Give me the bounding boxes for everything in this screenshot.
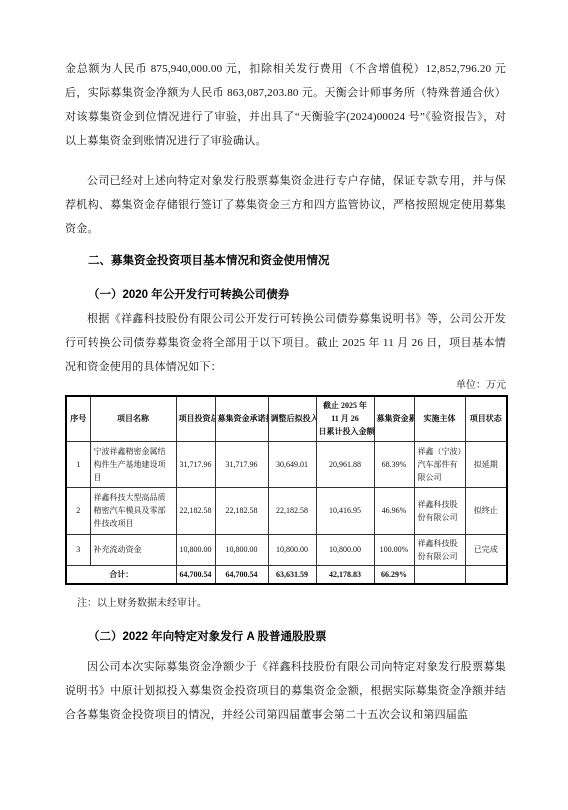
table-header-row: 序号 项目名称 项目投资总额 募集资金承诺投入金额 调整后拟投入募集资金 截止 …	[66, 396, 507, 441]
fund-usage-table: 序号 项目名称 项目投资总额 募集资金承诺投入金额 调整后拟投入募集资金 截止 …	[65, 395, 508, 585]
total-progress: 66.29%	[374, 565, 414, 584]
total-cumulative: 42,178.83	[316, 565, 374, 584]
cell-project-name: 补充流动资金	[90, 534, 176, 565]
total-implementer-empty	[414, 565, 465, 584]
table-total-row: 合计： 64,700.54 64,700.54 63,631.59 42,178…	[66, 565, 507, 584]
cell-promised-amount: 22,182.58	[215, 487, 268, 534]
total-status-empty	[465, 565, 507, 584]
total-adjusted: 63,631.59	[268, 565, 316, 584]
header-seq: 序号	[66, 396, 90, 441]
header-adjusted-amount: 调整后拟投入募集资金	[268, 396, 316, 441]
cell-status: 已完成	[465, 534, 507, 565]
header-promised-amount: 募集资金承诺投入金额	[215, 396, 268, 441]
cell-implementer: 祥鑫科技股份有限公司	[414, 487, 465, 534]
convertible-bond-paragraph: 根据《祥鑫科技股份有限公司公开发行可转换公司债券募集说明书》等，公司公开发行可转…	[65, 307, 506, 379]
header-implementer: 实施主体	[414, 396, 465, 441]
cell-project-name: 祥鑫科技大型高品质精密汽车模具及零部件技改项目	[90, 487, 176, 534]
cell-seq: 3	[66, 534, 90, 565]
cell-promised-amount: 10,800.00	[215, 534, 268, 565]
subsection-heading-1: （一）2020 年公开发行可转换公司债券	[65, 283, 506, 307]
continuation-paragraph: 金总额为人民币 875,940,000.00 元，扣除相关发行费用（不含增值税）…	[65, 57, 506, 153]
header-project-name: 项目名称	[90, 396, 176, 441]
cell-promised-amount: 31,717.96	[215, 441, 268, 487]
document-page: 金总额为人民币 875,940,000.00 元，扣除相关发行费用（不含增值税）…	[0, 0, 568, 810]
cell-implementer: 祥鑫科技股份有限公司	[414, 534, 465, 565]
section-heading-2: 二、募集资金投资项目基本情况和资金使用情况	[65, 249, 506, 273]
cell-status: 拟延期	[465, 441, 507, 487]
total-label: 合计：	[66, 565, 176, 584]
cell-implementer: 祥鑫（宁波）汽车部件有限公司	[414, 441, 465, 487]
total-investment: 64,700.54	[176, 565, 215, 584]
header-total-investment: 项目投资总额	[176, 396, 215, 441]
closing-paragraph: 因公司本次实际募集资金净额少于《祥鑫科技股份有限公司向特定对象发行股票募集说明书…	[65, 655, 506, 727]
table-row: 3 补充流动资金 10,800.00 10,800.00 10,800.00 1…	[66, 534, 507, 565]
cell-adjusted-amount: 22,182.58	[268, 487, 316, 534]
header-cumulative-amount: 截止 2025 年 11 月 26 日累计投入金额	[316, 396, 374, 441]
header-progress: 募集资金累计投入进度	[374, 396, 414, 441]
cell-cumulative-amount: 10,800.00	[316, 534, 374, 565]
cell-progress: 68.39%	[374, 441, 414, 487]
cell-cumulative-amount: 10,416.95	[316, 487, 374, 534]
audit-note: 注：以上财务数据未经审计。	[65, 597, 506, 611]
total-promised: 64,700.54	[215, 565, 268, 584]
cell-adjusted-amount: 10,800.00	[268, 534, 316, 565]
cell-total-investment: 31,717.96	[176, 441, 215, 487]
cell-progress: 100.00%	[374, 534, 414, 565]
cell-seq: 1	[66, 441, 90, 487]
unit-label: 单位：万元	[65, 379, 506, 393]
cell-status: 拟终止	[465, 487, 507, 534]
cell-progress: 46.96%	[374, 487, 414, 534]
table-row: 2 祥鑫科技大型高品质精密汽车模具及零部件技改项目 22,182.58 22,1…	[66, 487, 507, 534]
table-row: 1 宁波祥鑫精密金属结构件生产基地建设项目 31,717.96 31,717.9…	[66, 441, 507, 487]
storage-paragraph: 公司已经对上述向特定对象发行股票募集资金进行专户存储，保证专款专用，并与保荐机构…	[65, 169, 506, 241]
cell-total-investment: 10,800.00	[176, 534, 215, 565]
cell-cumulative-amount: 20,961.88	[316, 441, 374, 487]
cell-seq: 2	[66, 487, 90, 534]
cell-project-name: 宁波祥鑫精密金属结构件生产基地建设项目	[90, 441, 176, 487]
header-status: 项目状态	[465, 396, 507, 441]
cell-adjusted-amount: 30,649.01	[268, 441, 316, 487]
subsection-heading-2: （二）2022 年向特定对象发行 A 股普通股股票	[65, 625, 506, 649]
cell-total-investment: 22,182.58	[176, 487, 215, 534]
